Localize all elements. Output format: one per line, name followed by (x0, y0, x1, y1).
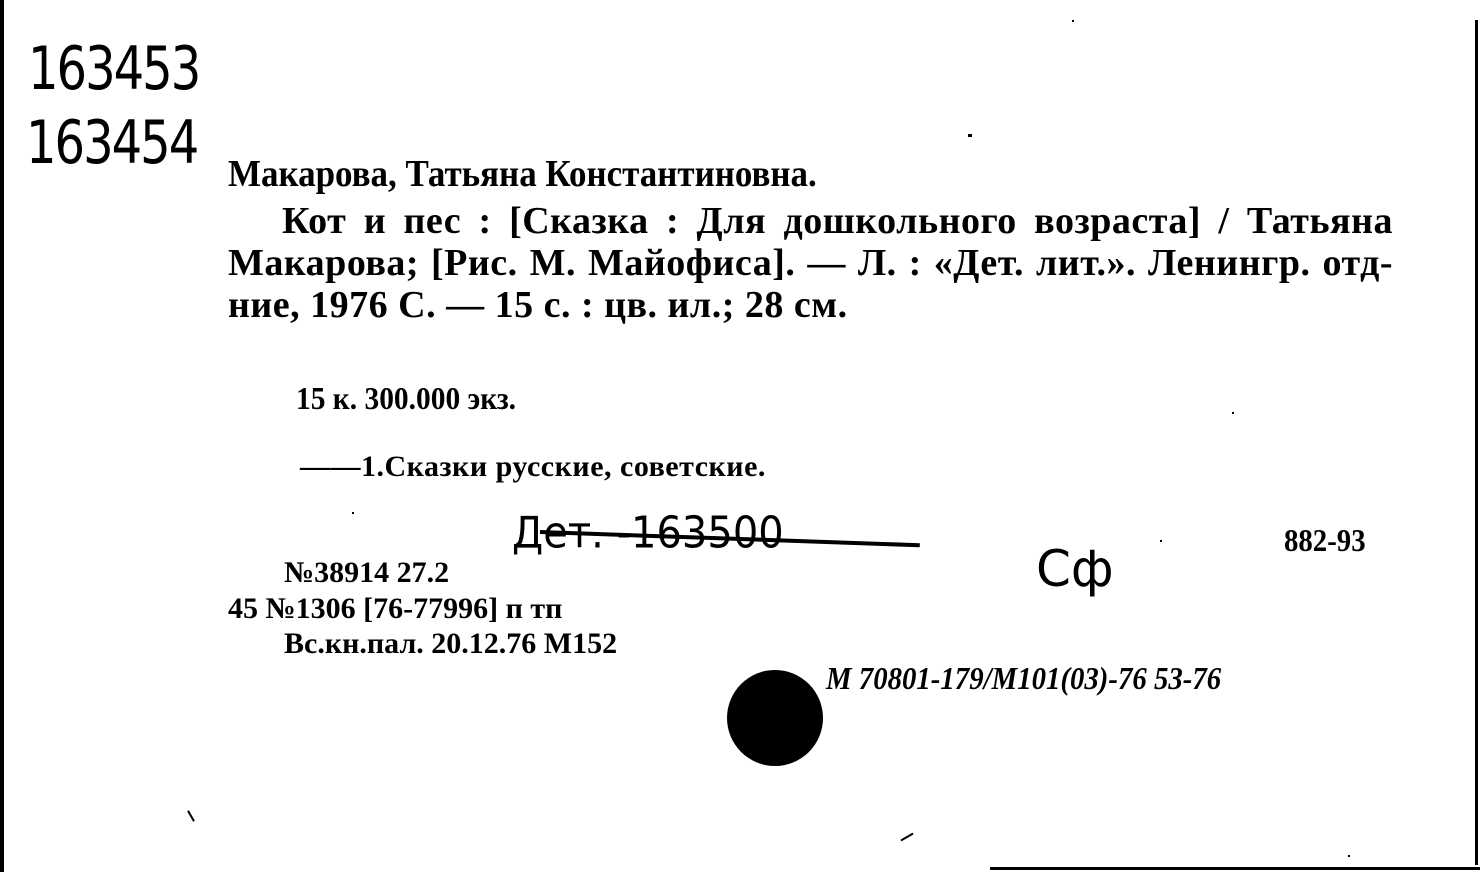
scan-speck (1072, 20, 1074, 22)
punch-hole-mark (727, 670, 823, 766)
imprint-line-3: Вс.кн.пал. 20.12.76 М152 (284, 627, 617, 661)
catalog-card: 163453 163454 Макарова, Татьяна Констант… (0, 0, 1480, 872)
inventory-number-2: 163454 (26, 108, 197, 178)
scan-speck (1160, 540, 1162, 542)
card-left-edge (0, 0, 4, 872)
imprint-line-2: 45 №1306 [76-77996] п тп (228, 592, 562, 626)
scan-speck (187, 810, 195, 821)
inventory-number-1: 163453 (28, 34, 199, 104)
imprint-line-1: №38914 27.2 (284, 556, 449, 590)
bibliographic-description: Кот и пес : [Сказка : Для дошкольного во… (228, 200, 1393, 326)
price-and-print-run: 15 к. 300.000 экз. (296, 380, 516, 417)
subject-heading: ——1.Сказки русские, советские. (300, 450, 766, 484)
scan-speck (352, 512, 354, 514)
publisher-index-line: М 70801-179/М101(03)-76 53-76 (826, 660, 1221, 697)
scan-speck (968, 134, 972, 137)
author-heading: Макарова, Татьяна Константиновна. (228, 152, 817, 196)
scan-speck (1232, 412, 1234, 414)
card-right-edge (1475, 20, 1478, 865)
scan-speck (900, 833, 913, 842)
scan-speck (1348, 855, 1350, 857)
udc-code: 882-93 (1284, 522, 1366, 559)
card-bottom-edge (990, 867, 1480, 870)
handwritten-initials: Сф (1036, 540, 1114, 598)
